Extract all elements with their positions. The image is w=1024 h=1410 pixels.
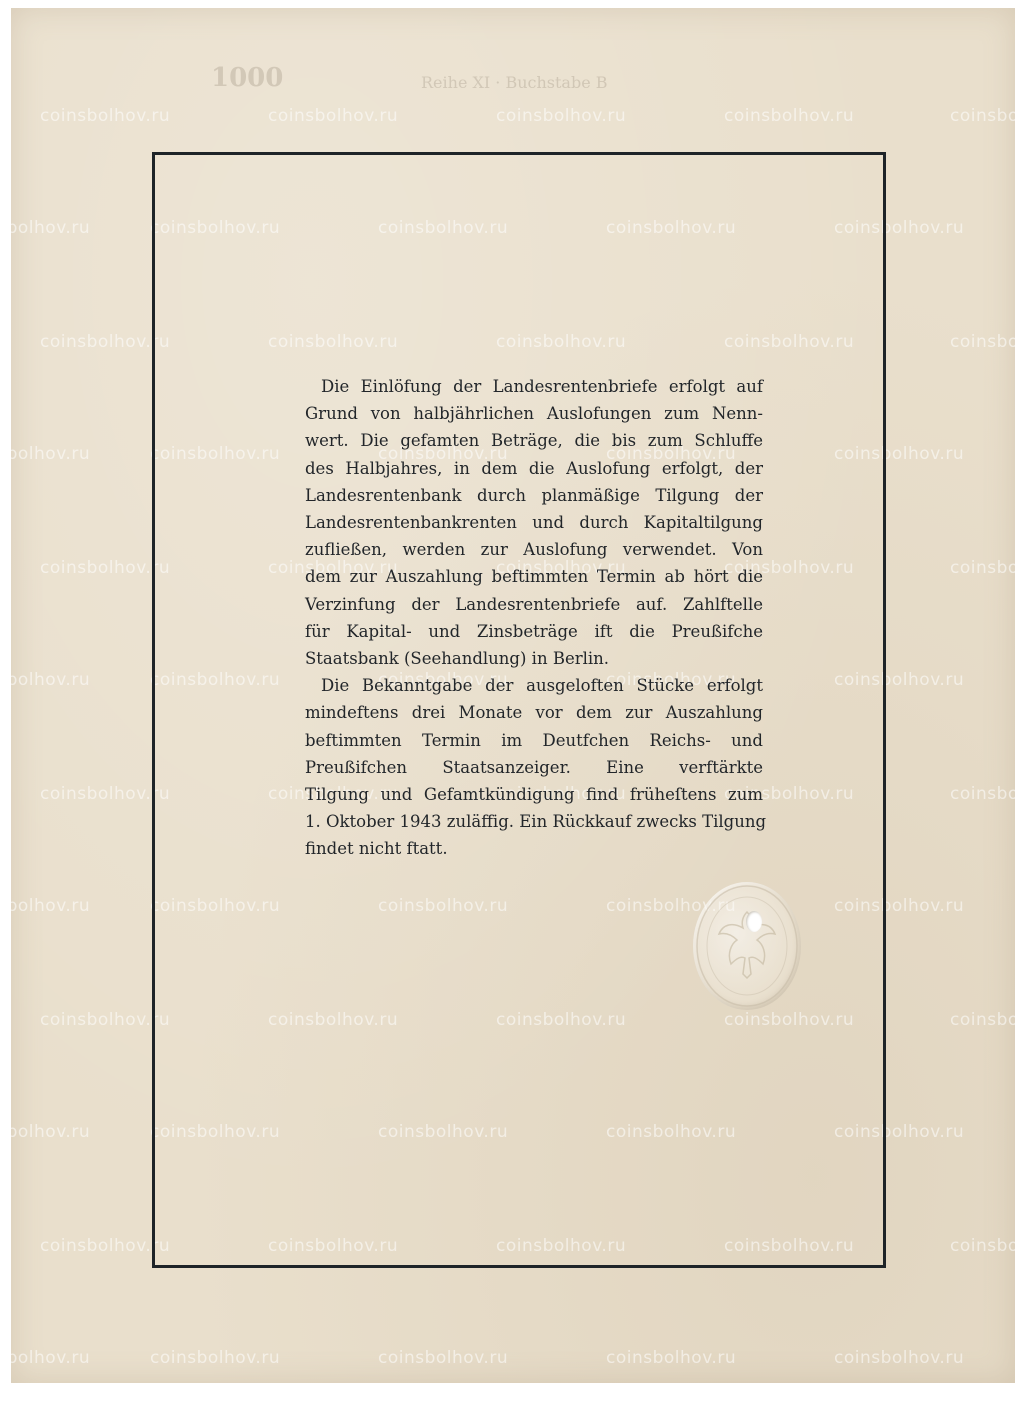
text-line: Landesrentenbankrenten und durch Kapital…: [305, 509, 763, 536]
text-line: Landesrentenbank durch planmäßige Tilgun…: [305, 482, 763, 509]
text-line: 1. Oktober 1943 zuläffig. Ein Rückkauf z…: [305, 808, 763, 835]
text-line: zufließen, werden zur Auslofung verwende…: [305, 536, 763, 563]
text-line: mindeftens drei Monate vor dem zur Ausza…: [305, 699, 763, 726]
text-line: findet nicht ftatt.: [305, 835, 763, 862]
paragraph-announcement: Die Bekanntgabe der ausgeloften Stücke e…: [305, 672, 763, 862]
terms-text-block: Die Einlöfung der Landesrentenbriefe erf…: [305, 373, 763, 863]
text-line: Die Bekanntgabe der ausgeloften Stücke e…: [305, 672, 763, 699]
text-line: Die Einlöfung der Landesrentenbriefe erf…: [305, 373, 763, 400]
text-line: Staatsbank (Seehandlung) in Berlin.: [305, 645, 763, 672]
paragraph-redemption: Die Einlöfung der Landesrentenbriefe erf…: [305, 373, 763, 672]
text-line: Verzinfung der Landesrentenbriefe auf. Z…: [305, 591, 763, 618]
text-line: Grund von halbjährlichen Auslofungen zum…: [305, 400, 763, 427]
text-line: beftimmten Termin im Deutfchen Reichs- u…: [305, 727, 763, 754]
bleed-through-series: Reihe XI · Buchstabe B: [421, 73, 608, 92]
bleed-through-denomination: 1000: [211, 63, 283, 93]
text-line: dem zur Auszahlung beftimmten Termin ab …: [305, 563, 763, 590]
bleed-through-header: 1000 Reihe XI · Buchstabe B: [11, 63, 1015, 103]
text-line: wert. Die gefamten Beträge, die bis zum …: [305, 427, 763, 454]
eagle-emblem-icon: [693, 882, 801, 1010]
punch-hole: [746, 911, 762, 932]
text-line: des Halbjahres, in dem die Auslofung erf…: [305, 455, 763, 482]
text-line: Tilgung und Gefamtkündigung find früheſt…: [305, 781, 763, 808]
text-line: für Kapital- und Zinsbeträge ift die Pre…: [305, 618, 763, 645]
text-line: Preußifchen Staatsanzeiger. Eine verftär…: [305, 754, 763, 781]
